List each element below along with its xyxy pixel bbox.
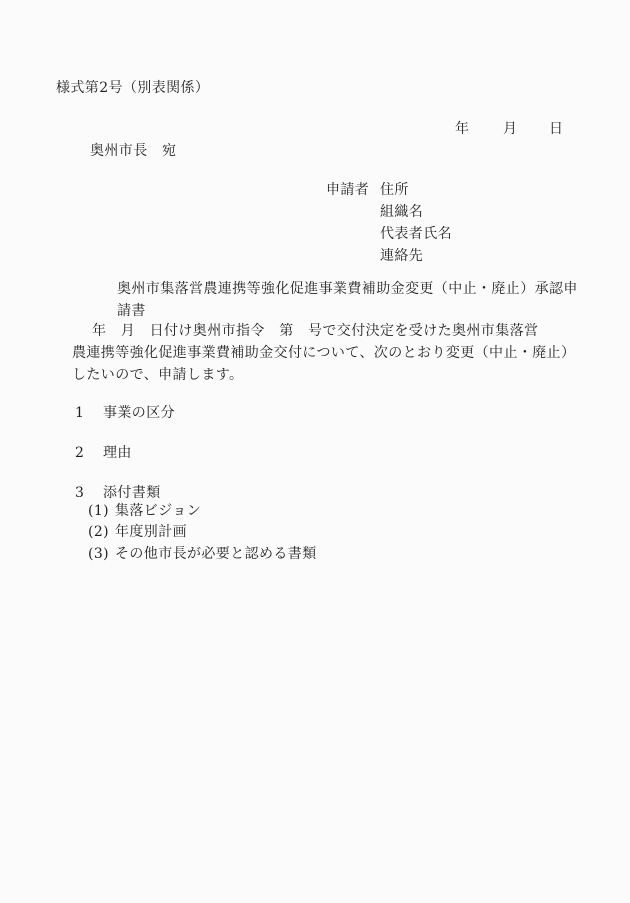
applicant-field-address: 住所 (380, 181, 409, 199)
date-day-label: 日 (549, 120, 563, 138)
attachment-item-1-number: (1) (88, 502, 115, 520)
applicant-field-organization: 組織名 (380, 203, 423, 221)
applicant-field-representative: 代表者氏名 (380, 225, 452, 243)
list-item-3-label: 添付書類 (103, 485, 161, 501)
attachment-item-3: (3)その他市長が必要と認める書類 (88, 545, 317, 563)
applicant-field-contact: 連絡先 (380, 247, 423, 265)
applicant-label: 申請者 (326, 181, 369, 199)
attachment-item-3-number: (3) (88, 545, 115, 563)
document-page: 様式第2号（別表関係） 年 月 日 奥州市長 宛 申請者 住所 組織名 代表者氏… (0, 0, 630, 903)
list-item-2-label: 理由 (103, 445, 132, 461)
attachment-item-1-label: 集落ビジョン (115, 503, 201, 519)
list-item-2: 2理由 (75, 444, 132, 462)
list-item-1-number: 1 (75, 404, 103, 422)
list-item-1-label: 事業の区分 (103, 405, 175, 421)
list-item-3: 3添付書類 (75, 484, 161, 502)
list-item-2-number: 2 (75, 444, 103, 462)
attachment-item-2-number: (2) (88, 523, 115, 541)
date-month-label: 月 (503, 120, 517, 138)
date-year-label: 年 (455, 120, 469, 138)
list-item-3-number: 3 (75, 484, 103, 502)
addressee: 奥州市長 宛 (90, 142, 176, 160)
attachment-item-3-label: その他市長が必要と認める書類 (115, 546, 317, 562)
attachment-item-2-label: 年度別計画 (115, 524, 187, 540)
body-line-1: 年 月 日付け奥州市指令 第 号で交付決定を受けた奥州市集落営 (92, 322, 538, 340)
attachment-item-2: (2)年度別計画 (88, 523, 187, 541)
document-title-line-1: 奥州市集落営農連携等強化促進事業費補助金変更（中止・廃止）承認申 (117, 280, 578, 298)
body-line-3: したいので、申請します。 (72, 366, 243, 384)
attachment-item-1: (1)集落ビジョン (88, 502, 201, 520)
body-line-2: 農連携等強化促進事業費補助金交付について、次のとおり変更（中止・廃止） (72, 344, 575, 362)
list-item-1: 1事業の区分 (75, 404, 175, 422)
form-number: 様式第2号（別表関係） (56, 79, 209, 97)
document-title-line-2: 請書 (117, 302, 146, 320)
